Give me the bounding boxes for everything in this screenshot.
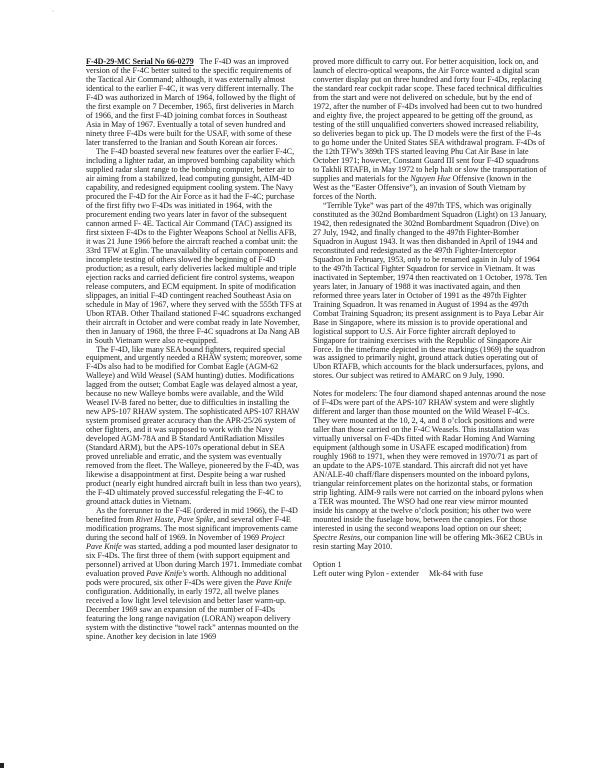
scan-edge-mark	[0, 763, 4, 768]
aircraft-serial-heading: F-4D-29-MC Serial No 66-0279	[86, 57, 194, 66]
text-run: configuration. Additionally, in early 19…	[86, 587, 298, 641]
italic-program-name: Rivet Haste	[136, 515, 174, 524]
paragraph-squadron-history: “Terrible Tyke” was part of the 497th TF…	[313, 201, 547, 381]
paragraph-rhaw: The F-4D, like many SEA bound fighters, …	[86, 345, 302, 507]
paragraph-intro: F-4D-29-MC Serial No 66-0279 The F-4D wa…	[86, 57, 302, 147]
italic-program-name: Pave Knife's	[146, 569, 187, 578]
paragraph-text: The F-4D was an improved version of the …	[86, 57, 296, 147]
document-page: F-4D-29-MC Serial No 66-0279 The F-4D wa…	[0, 0, 592, 768]
italic-program-name: Pave Spike	[177, 515, 213, 524]
option-title: Option 1	[313, 560, 547, 569]
paragraph-modifications: As the forerunner to the F-4E (ordered i…	[86, 506, 302, 641]
italic-company-name: Spectre Resins	[313, 533, 360, 542]
italic-program-name: Pave Knife	[256, 578, 292, 587]
paragraph-gap	[313, 551, 547, 560]
option-store: Mk-84 with fuse	[429, 569, 483, 578]
right-column: proved more difficult to carry out. For …	[313, 57, 547, 578]
scan-speck	[52, 10, 54, 12]
paragraph-gap	[313, 380, 547, 389]
paragraph-features: The F-4D boasted several new features ov…	[86, 147, 302, 345]
paragraph-continuation: proved more difficult to carry out. For …	[313, 57, 547, 201]
text-run: proved more difficult to carry out. For …	[313, 57, 546, 183]
paragraph-modeler-notes: Notes for modelers: The four diamond sha…	[313, 389, 547, 551]
option-location: Left outer wing Pylon - extender	[313, 569, 429, 578]
italic-offensive-name: Nguyen Hue	[410, 174, 450, 183]
option-row: Left outer wing Pylon - extender Mk-84 w…	[313, 569, 547, 578]
text-run: Notes for modelers: The four diamond sha…	[313, 389, 546, 533]
left-column: F-4D-29-MC Serial No 66-0279 The F-4D wa…	[86, 57, 302, 641]
